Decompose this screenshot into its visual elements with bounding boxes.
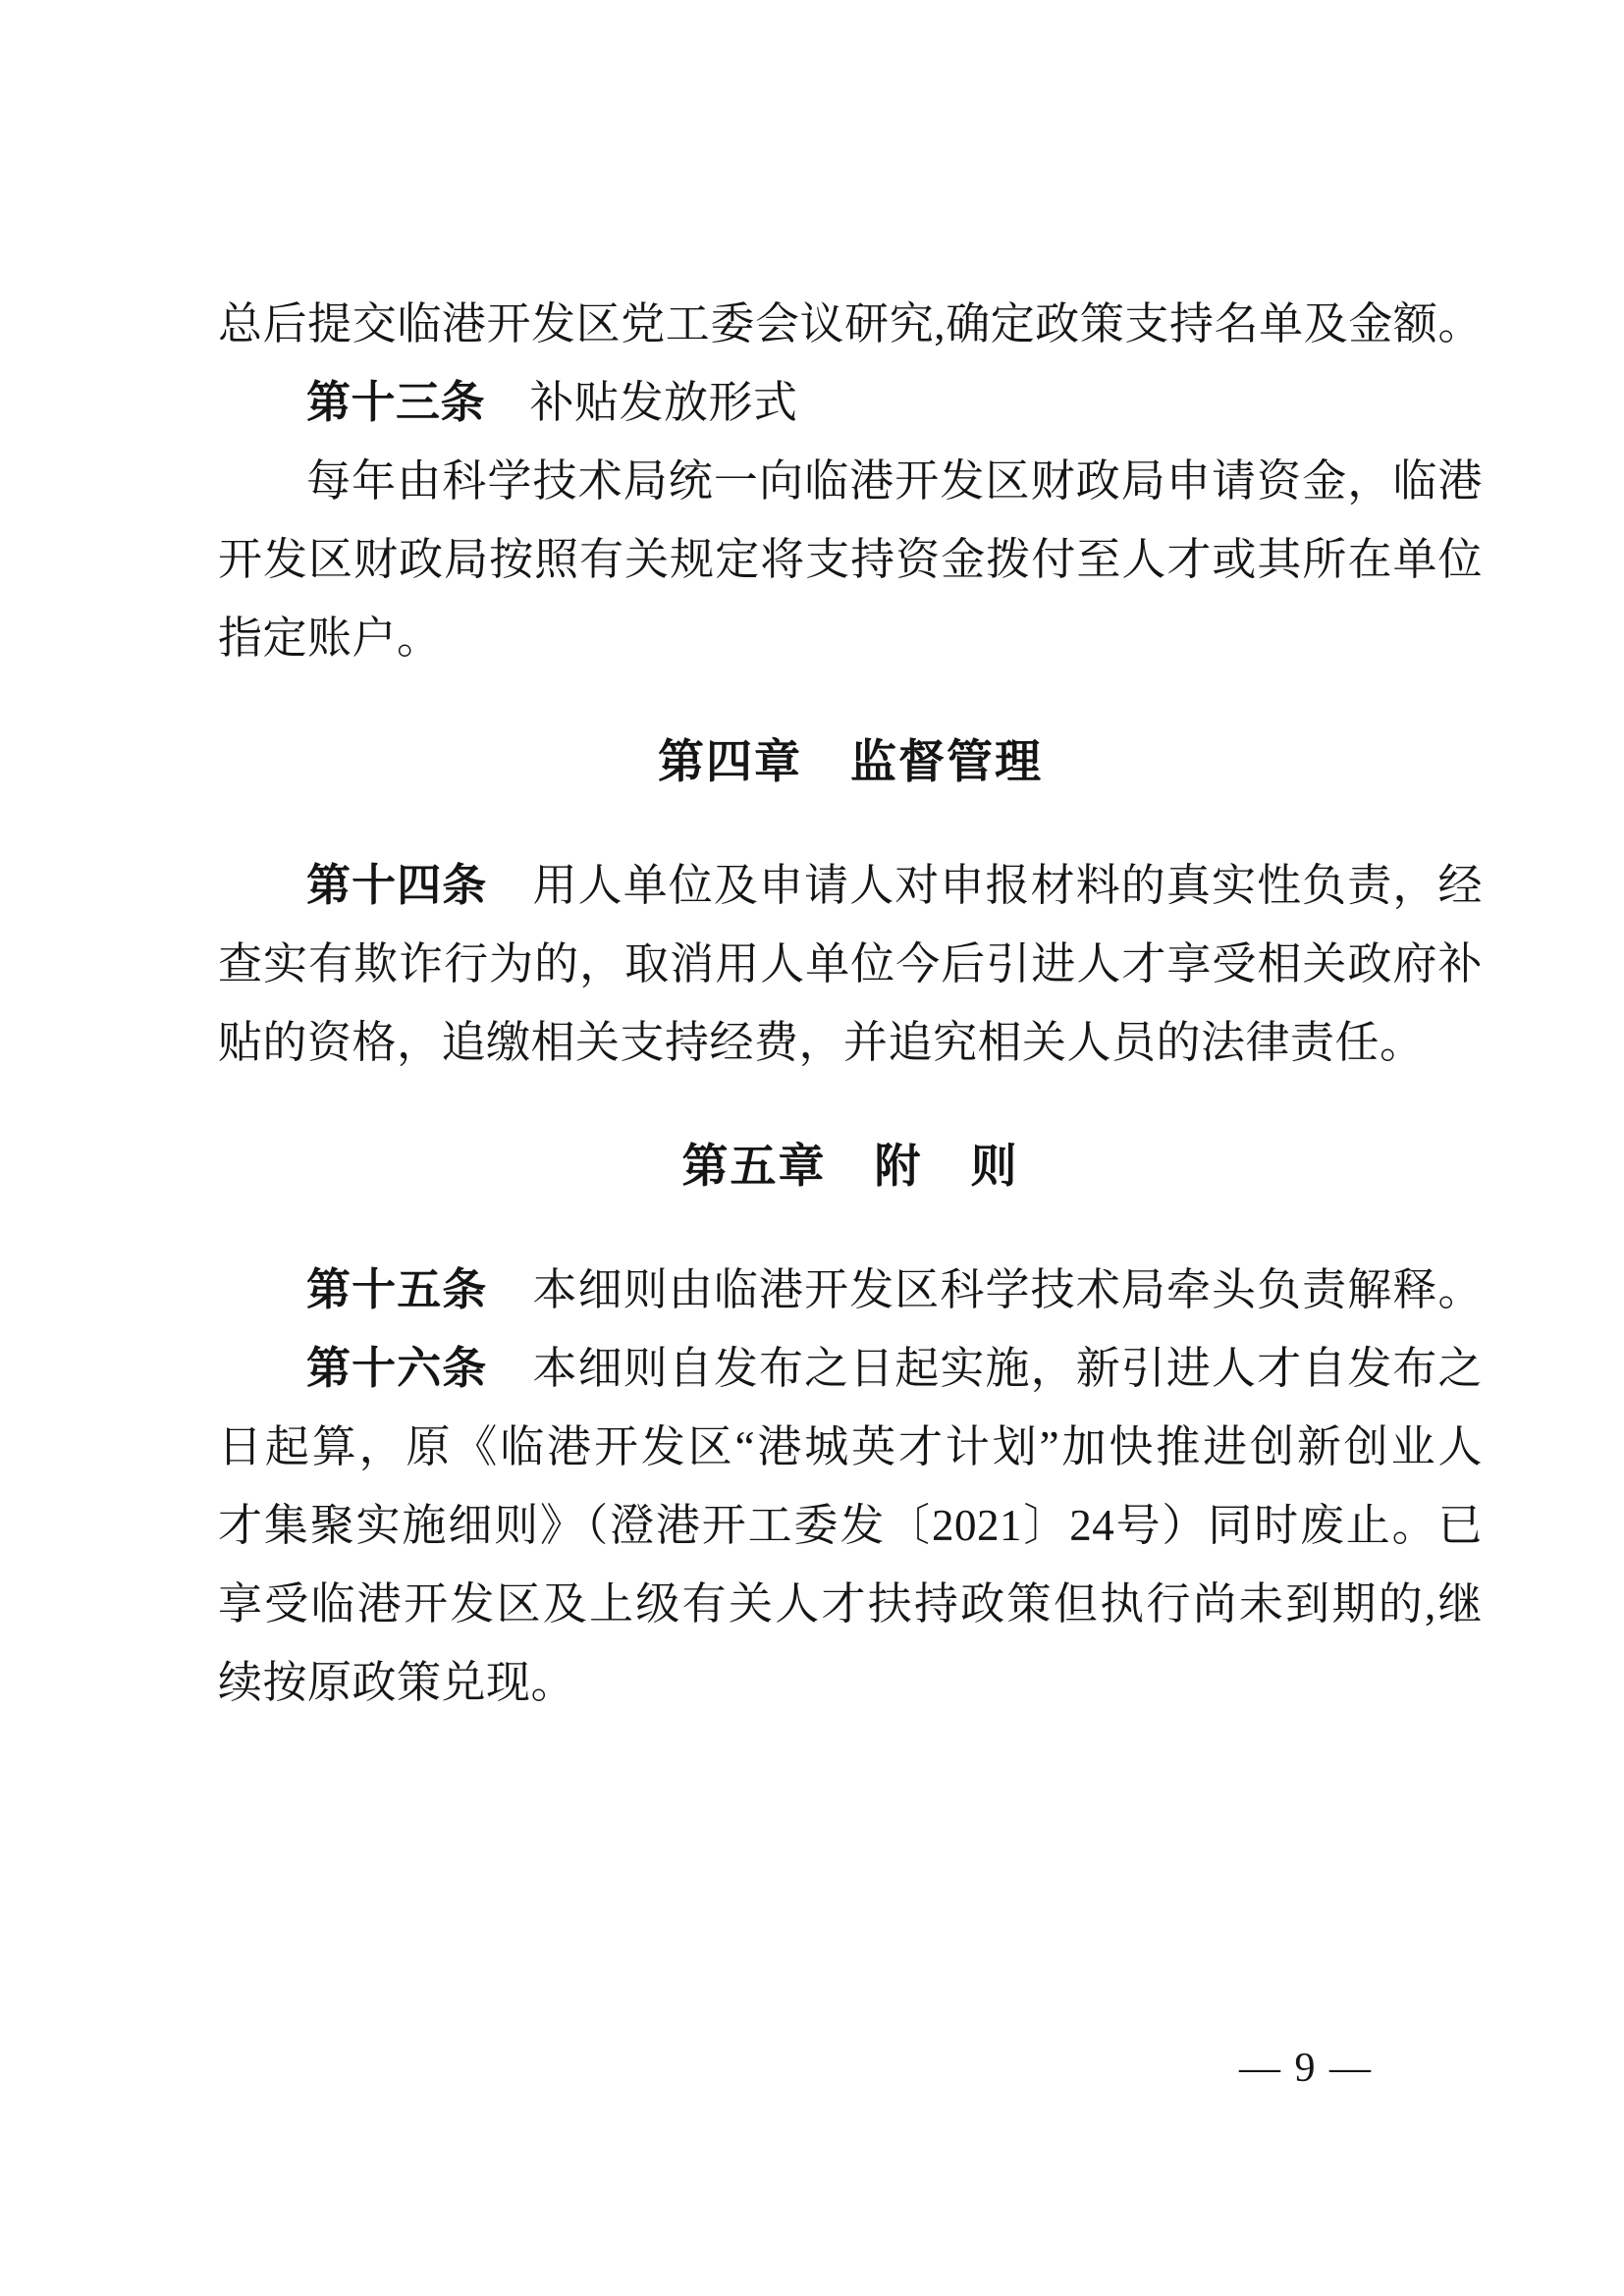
text-run: 补贴发放形式 (485, 378, 798, 427)
text-run: 总后提交临港开发区党工委会议研究,确定政策支持名单及金额。 (218, 299, 1483, 348)
article-number-run: 第十六条 (306, 1343, 487, 1393)
chapter-heading: 第五章 附 则 (218, 1126, 1483, 1206)
text-line: 日起算，原《临港开发区“港城英才计划”加快推进创新创业人 (218, 1408, 1483, 1486)
text-line: 第十六条 本细则自发布之日起实施，新引进人才自发布之 (218, 1329, 1483, 1408)
text-run: 本细则由临港开发区科学技术局牵头负责解释。 (487, 1265, 1483, 1314)
document-body: 总后提交临港开发区党工委会议研究,确定政策支持名单及金额。第十三条 补贴发放形式… (218, 285, 1483, 1722)
text-run: 才集聚实施细则》（澄港开工委发〔2021〕24号）同时废止。已 (218, 1501, 1483, 1550)
text-run: 日起算，原《临港开发区“港城英才计划”加快推进创新创业人 (218, 1422, 1483, 1471)
text-line: 指定账户。 (218, 599, 1483, 677)
text-run: 续按原政策兑现。 (218, 1658, 575, 1707)
text-line: 第十三条 补贴发放形式 (218, 363, 1483, 442)
text-line: 才集聚实施细则》（澄港开工委发〔2021〕24号）同时废止。已 (218, 1486, 1483, 1565)
document-page: 总后提交临港开发区党工委会议研究,确定政策支持名单及金额。第十三条 补贴发放形式… (0, 0, 1624, 2296)
page-number: — 9 — (1239, 2044, 1396, 2093)
text-run: 指定账户。 (218, 614, 442, 663)
text-run: 贴的资格，追缴相关支持经费，并追究相关人员的法律责任。 (218, 1018, 1425, 1067)
article-number-run: 第十三条 (306, 377, 485, 427)
article-number-run: 第五章 附 则 (682, 1140, 1019, 1192)
text-line: 第十四条 用人单位及申请人对申报材料的真实性负责，经 (218, 846, 1483, 925)
text-line: 贴的资格，追缴相关支持经费，并追究相关人员的法律责任。 (218, 1003, 1483, 1082)
text-run: 开发区财政局按照有关规定将支持资金拨付至人才或其所在单位 (218, 535, 1483, 584)
text-line: 第十五条 本细则由临港开发区科学技术局牵头负责解释。 (218, 1251, 1483, 1329)
article-number-run: 第四章 监督管理 (658, 735, 1043, 787)
text-line: 总后提交临港开发区党工委会议研究,确定政策支持名单及金额。 (218, 285, 1483, 363)
text-run: 用人单位及申请人对申报材料的真实性负责，经 (487, 861, 1483, 910)
text-line: 享受临港开发区及上级有关人才扶持政策但执行尚未到期的,继 (218, 1565, 1483, 1643)
text-run: 本细则自发布之日起实施，新引进人才自发布之 (487, 1344, 1483, 1393)
chapter-heading: 第四章 监督管理 (218, 721, 1483, 802)
text-run: 查实有欺诈行为的，取消用人单位今后引进人才享受相关政府补 (218, 939, 1483, 988)
article-number-run: 第十五条 (306, 1264, 487, 1314)
text-run: 享受临港开发区及上级有关人才扶持政策但执行尚未到期的,继 (218, 1579, 1483, 1629)
text-line: 查实有欺诈行为的，取消用人单位今后引进人才享受相关政府补 (218, 925, 1483, 1003)
text-run: 每年由科学技术局统一向临港开发区财政局申请资金，临港 (306, 456, 1483, 506)
article-number-run: 第十四条 (306, 860, 487, 910)
text-line: 每年由科学技术局统一向临港开发区财政局申请资金，临港 (218, 442, 1483, 520)
text-line: 开发区财政局按照有关规定将支持资金拨付至人才或其所在单位 (218, 520, 1483, 599)
text-line: 续按原政策兑现。 (218, 1643, 1483, 1722)
